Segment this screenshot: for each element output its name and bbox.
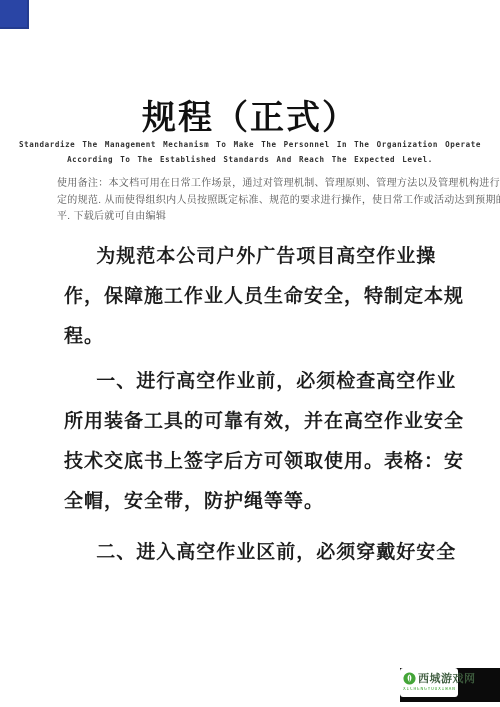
body-line: 技术交底书上签字后方可领取使用。表格：安 <box>64 442 450 482</box>
body-line: 为规范本公司户外广告项目高空作业操 <box>64 237 450 277</box>
watermark-corner-block: 西城游戏网 XICHENGYOUXIWANG <box>400 668 500 702</box>
document-subtitle: Standardize The Management Mechanism To … <box>0 137 500 167</box>
usage-note: 使用备注：本文档可用在日常工作场景，通过对管理机制、管理原则、管理方法以及管理机… <box>57 176 450 226</box>
leaf-icon <box>403 672 416 685</box>
corner-accent-square <box>0 0 29 29</box>
usage-note-line: 平. 下载后就可自由编辑 <box>57 209 450 226</box>
subtitle-line: Standardize The Management Mechanism To … <box>0 137 500 152</box>
document-body: 为规范本公司户外广告项目高空作业操 作，保障施工作业人员生命安全，特制定本规 程… <box>64 237 450 578</box>
usage-note-line: 使用备注：本文档可用在日常工作场景，通过对管理机制、管理原则、管理方法以及管理机… <box>57 176 450 193</box>
body-line: 所用装备工具的可靠有效，并在高空作业安全 <box>64 402 450 442</box>
watermark-badge: 西城游戏网 XICHENGYOUXIWANG <box>400 668 458 697</box>
body-line: 二、进入高空作业区前，必须穿戴好安全 <box>64 533 450 573</box>
paragraph: 一、进行高空作业前，必须检查高空作业 所用装备工具的可靠有效，并在高空作业安全 … <box>64 362 450 522</box>
page-title: 规程（正式） <box>0 90 500 139</box>
subtitle-line: According To The Established Standards A… <box>0 152 500 167</box>
paragraph: 二、进入高空作业区前，必须穿戴好安全 <box>64 533 450 573</box>
body-line: 一、进行高空作业前，必须检查高空作业 <box>64 362 450 402</box>
body-line: 全帽，安全带，防护绳等等。 <box>64 482 450 522</box>
body-line: 作，保障施工作业人员生命安全，特制定本规 <box>64 277 450 317</box>
watermark-site-name: 西城游戏网 <box>418 670 476 686</box>
paragraph: 为规范本公司户外广告项目高空作业操 作，保障施工作业人员生命安全，特制定本规 程… <box>64 237 450 357</box>
usage-note-line: 定的规范. 从而使得组织内人员按照既定标准、规范的要求进行操作，使日常工作或活动… <box>57 193 450 210</box>
body-line: 程。 <box>64 317 450 357</box>
watermark-caption: XICHENGYOUXIWANG <box>403 687 455 692</box>
